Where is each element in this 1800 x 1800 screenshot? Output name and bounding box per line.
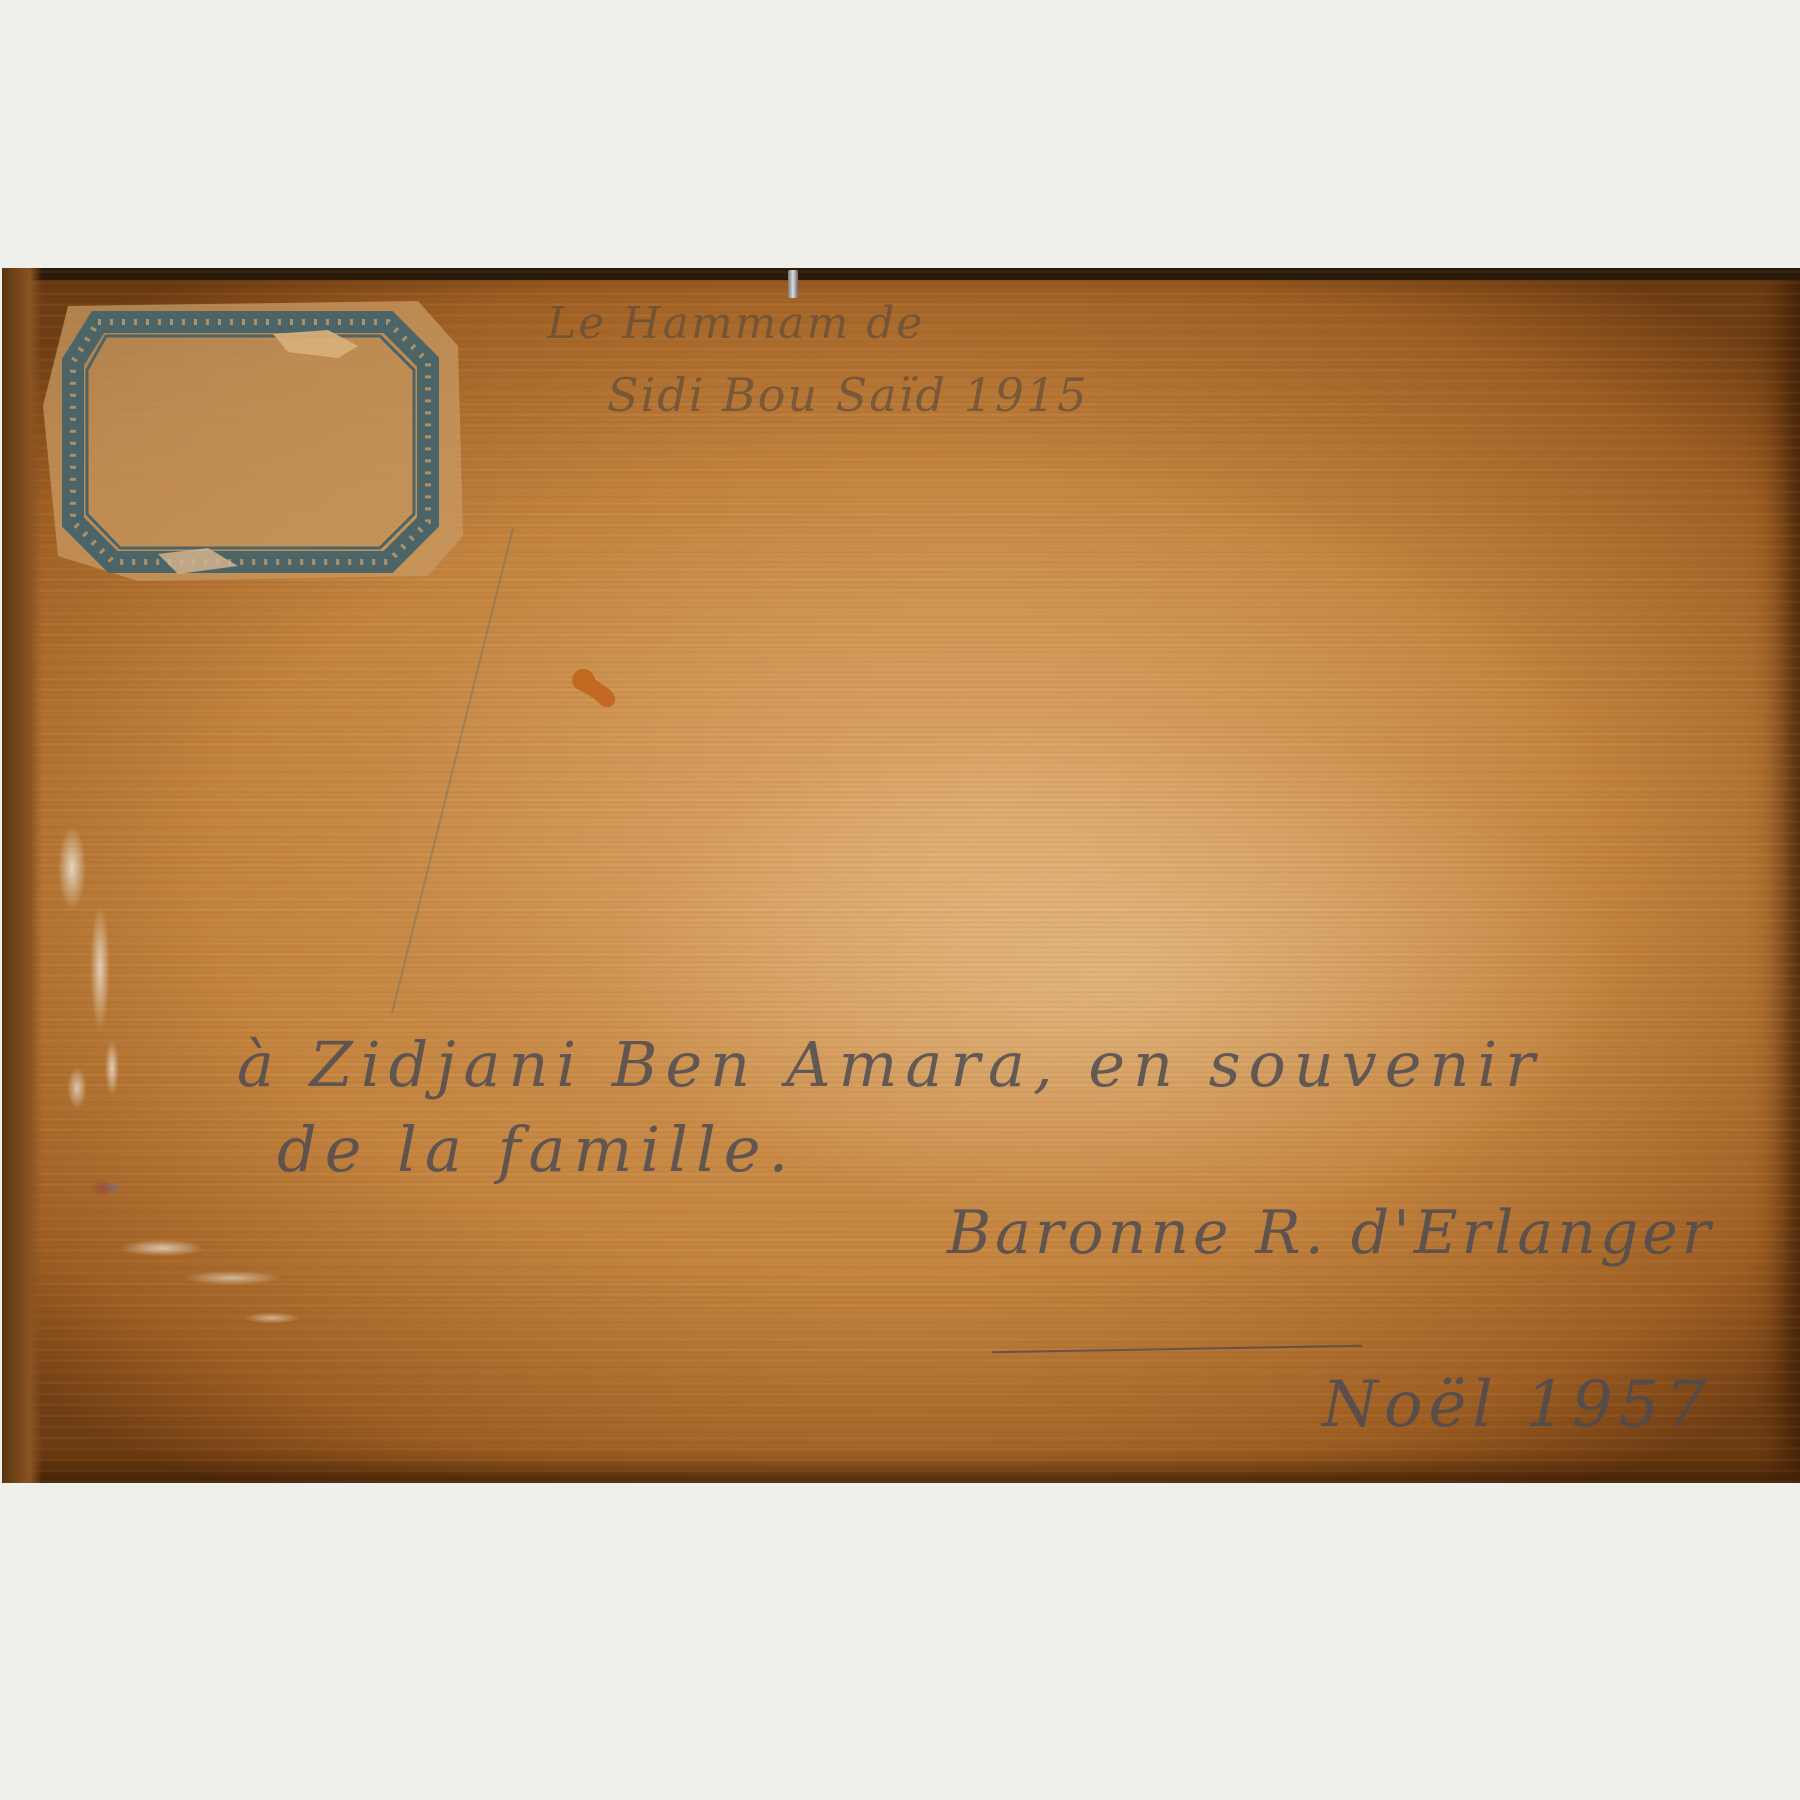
inscription-title-line-1: Le Hammam de — [547, 298, 924, 349]
paint-flakes-bottom-left — [82, 1218, 302, 1348]
dedication-line-1: à Zidjani Ben Amara, en souvenir — [237, 1028, 1543, 1101]
nail — [788, 270, 798, 298]
signature: Baronne R. d'Erlanger — [947, 1198, 1714, 1268]
pencil-stroke — [391, 528, 514, 1014]
resin-stain — [567, 663, 627, 713]
torn-paper-label — [38, 286, 470, 586]
wooden-panel-back: Le Hammam de Sidi Bou Saïd 1915 à Zidjan… — [2, 268, 1800, 1483]
inscription-date: Noël 1957 — [1322, 1368, 1712, 1442]
signature-underline — [992, 1345, 1362, 1353]
dedication-line-2: de la famille. — [277, 1113, 796, 1186]
panel-left-edge — [2, 268, 42, 1483]
label-frame-icon — [38, 286, 470, 586]
inscription-title-line-2: Sidi Bou Saïd 1915 — [607, 368, 1089, 422]
